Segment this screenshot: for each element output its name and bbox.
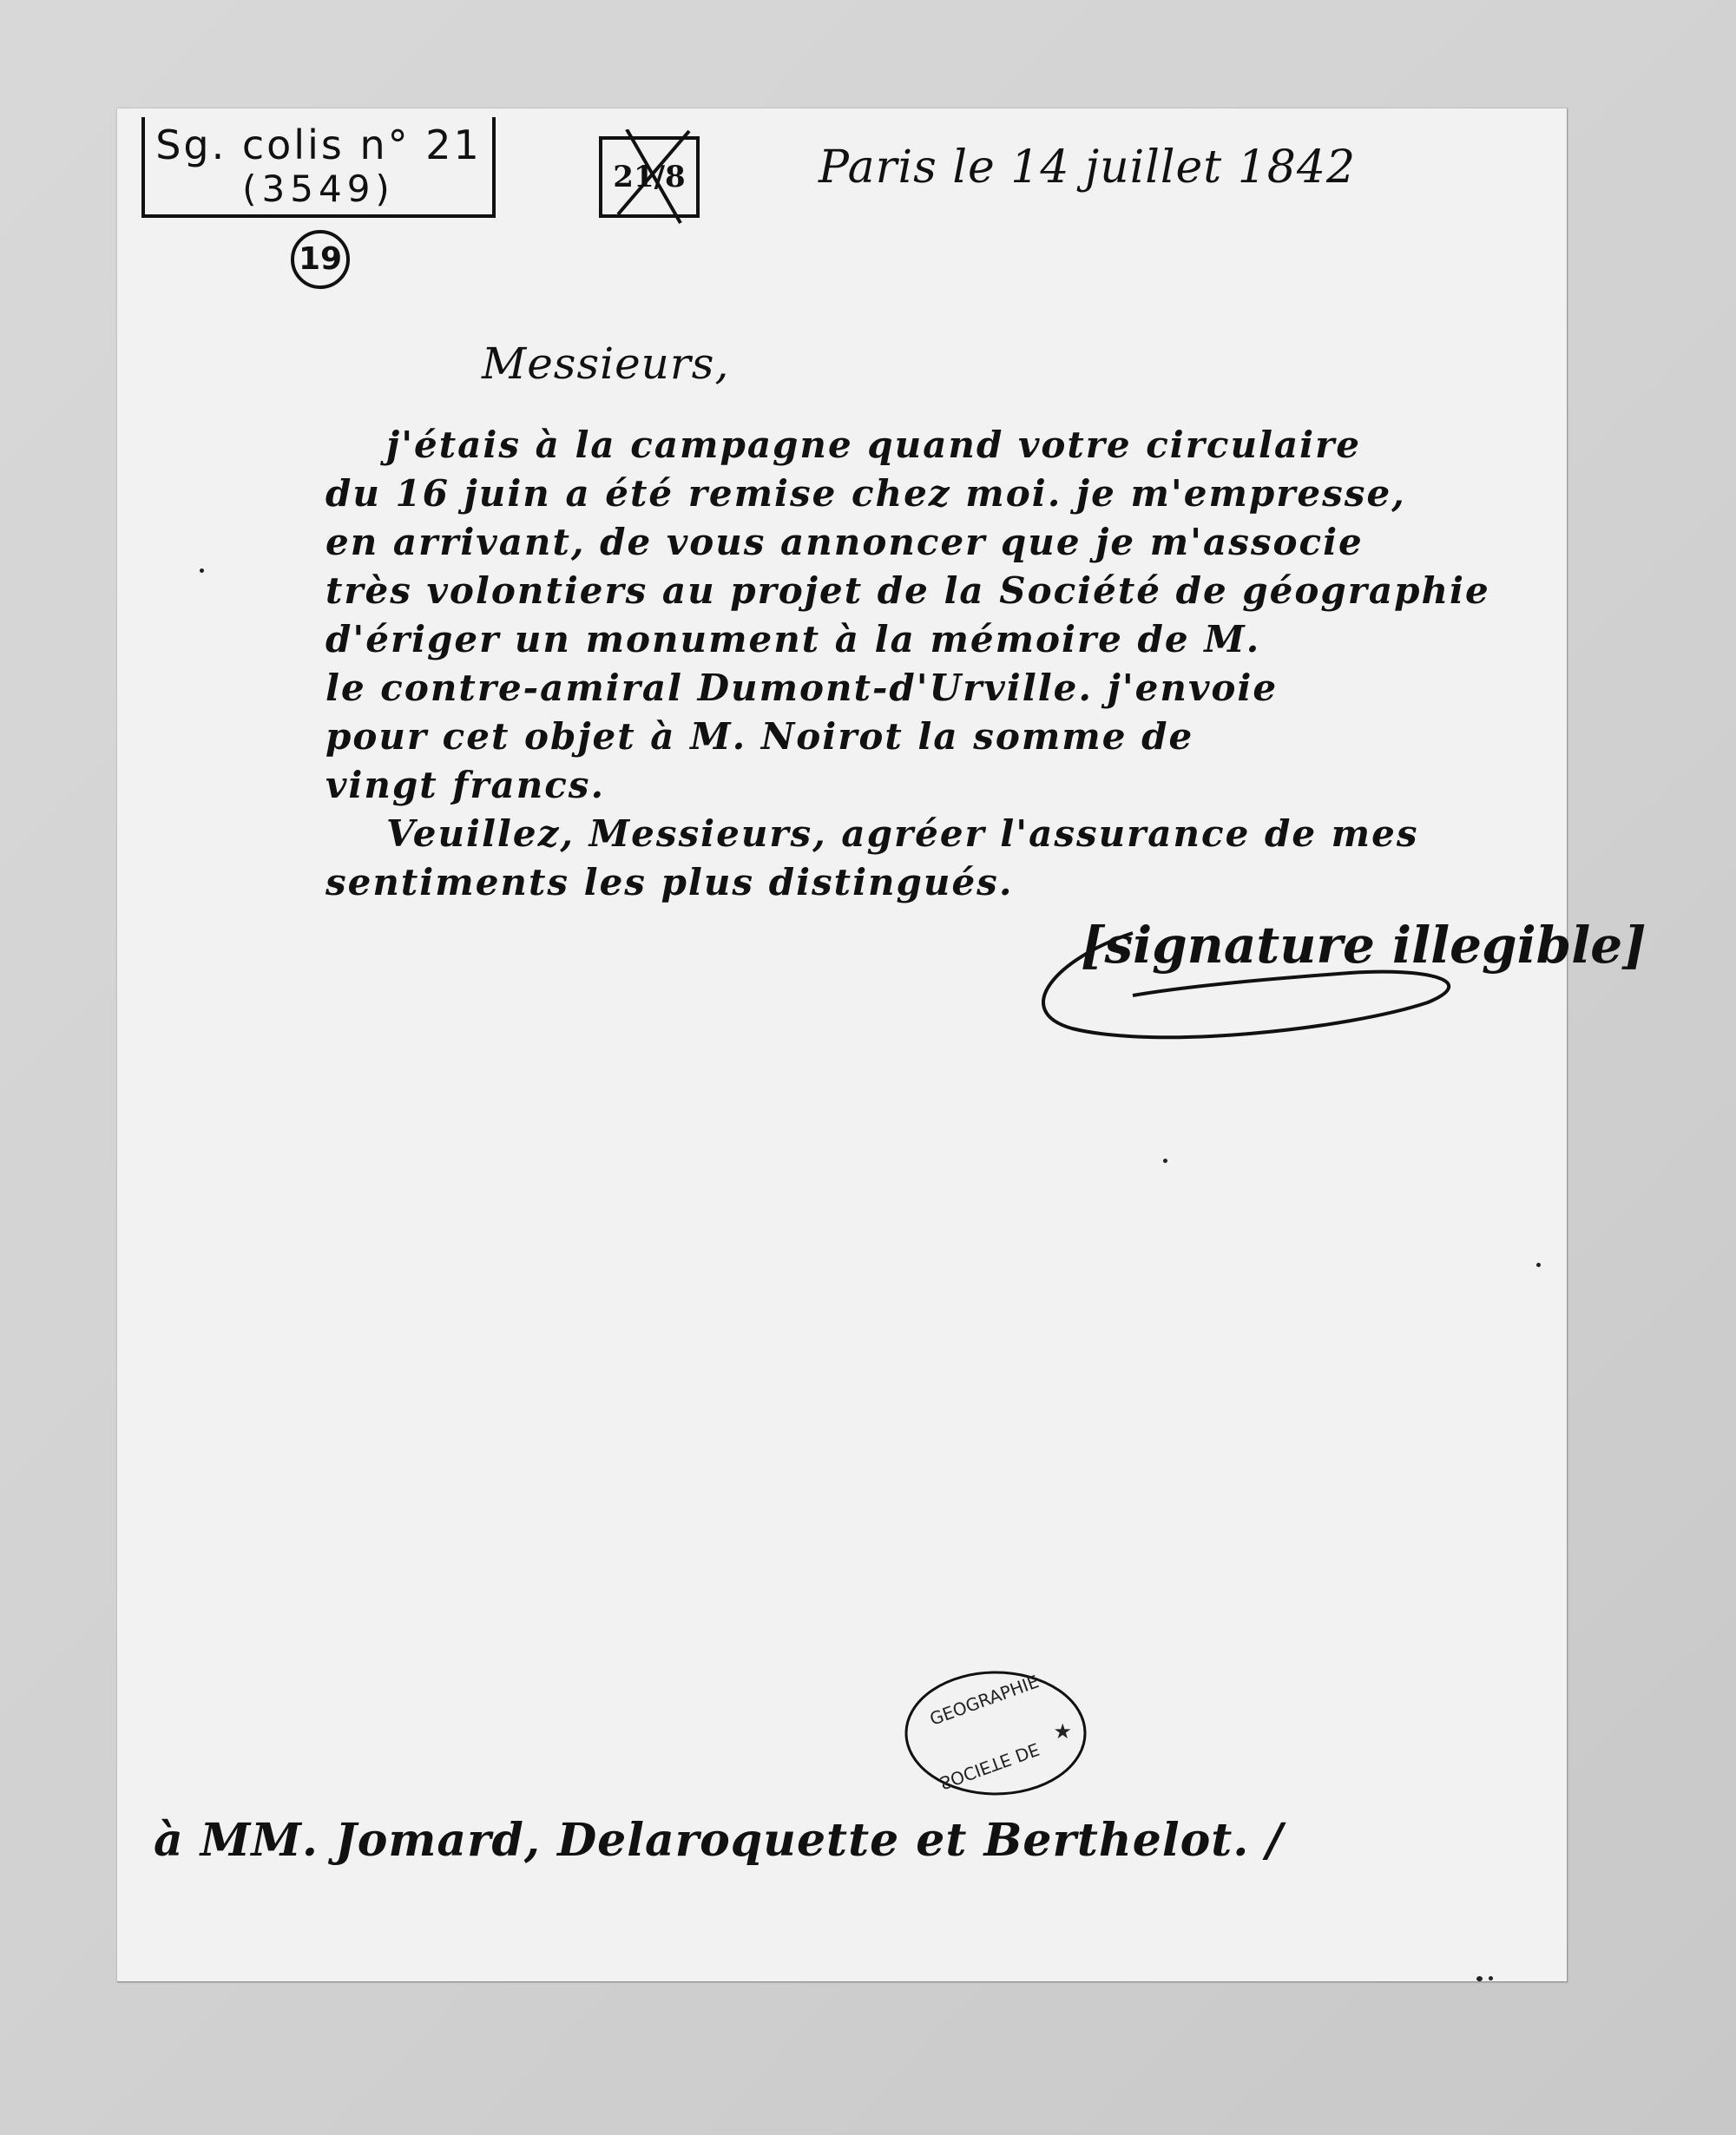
- crossed-out-number-box: 21/8: [599, 136, 700, 218]
- library-stamp: GEOGRAPHIE SOCIETE DE ★: [903, 1669, 1089, 1797]
- letter-salutation: Messieurs,: [482, 338, 729, 389]
- signature: [signature illegible]: [1020, 898, 1471, 1046]
- body-line: le contre-amiral Dumont-d'Urville. j'env…: [325, 664, 1541, 713]
- body-line: en arrivant, de vous annoncer que je m'a…: [325, 518, 1541, 567]
- body-line: d'ériger un monument à la mémoire de M.: [325, 615, 1541, 664]
- letter-page: Sg. colis n° 21 (3549) 19 21/8 Paris le …: [117, 108, 1568, 1982]
- archive-reference-line1: Sg. colis n° 21: [145, 121, 492, 169]
- body-line: du 16 juin a été remise chez moi. je m'e…: [325, 470, 1541, 518]
- scan-speck: [1536, 1263, 1541, 1267]
- cross-out-mark-icon: [594, 129, 707, 227]
- signature-name: [signature illegible]: [1081, 916, 1647, 975]
- archive-reference-line2: (3549): [145, 169, 492, 209]
- closing-line: Veuillez, Messieurs, agréer l'assurance …: [325, 810, 1541, 858]
- body-line: très volontiers au projet de la Société …: [325, 567, 1541, 615]
- archive-reference-box: Sg. colis n° 21 (3549): [141, 117, 496, 218]
- scan-speck: [200, 568, 204, 573]
- star-icon: ★: [1053, 1719, 1072, 1744]
- letter-date-line: Paris le 14 juillet 1842: [819, 141, 1356, 194]
- body-line: vingt francs.: [325, 761, 1541, 810]
- scan-speck: [1163, 1159, 1167, 1163]
- scan-speck: [1476, 1976, 1483, 1981]
- body-line: pour cet objet à M. Noirot la somme de: [325, 713, 1541, 761]
- circled-folio-number: 19: [291, 230, 350, 289]
- letter-body: j'étais à la campagne quand votre circul…: [325, 421, 1541, 907]
- body-line: j'étais à la campagne quand votre circul…: [325, 421, 1541, 470]
- scan-speck: [1489, 1976, 1493, 1981]
- addressees-line: à MM. Jomard, Delaroquette et Berthelot.…: [154, 1814, 1283, 1867]
